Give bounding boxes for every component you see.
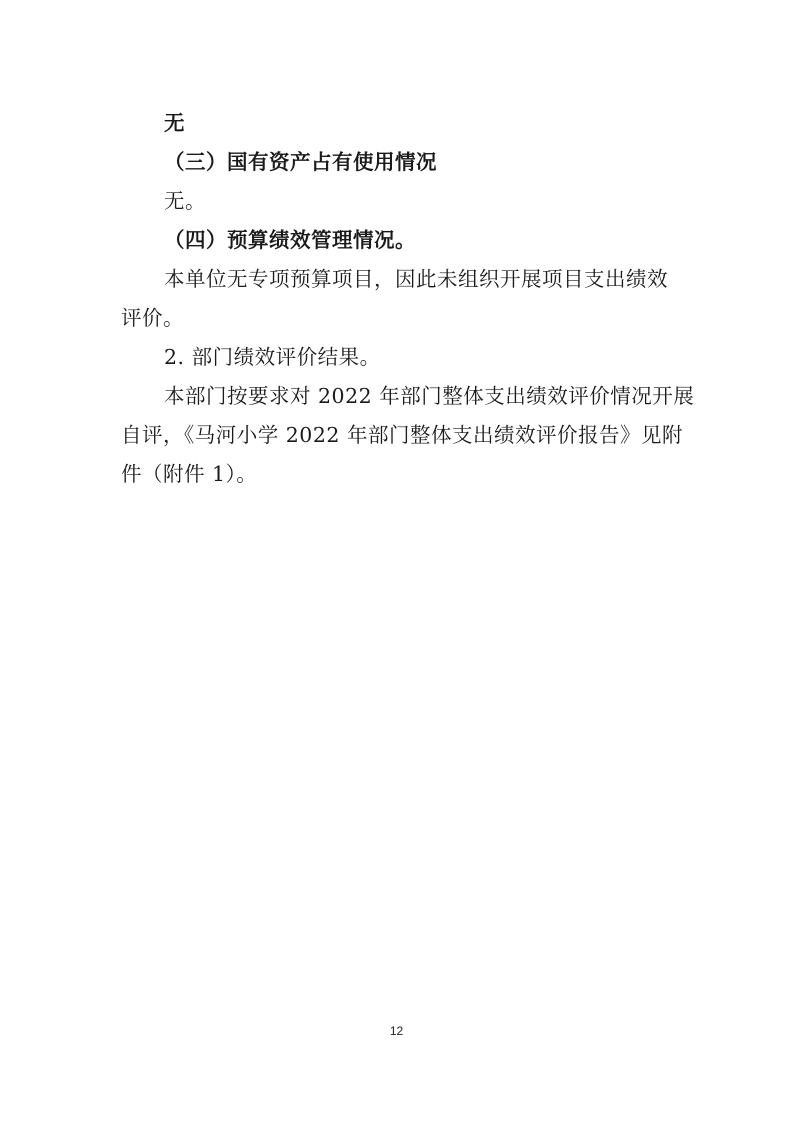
subheading-evaluation-results: 2. 部门绩效评价结果。 [121, 338, 693, 377]
paragraph-none-heading: 无 [121, 104, 693, 143]
paragraph-performance-line-2: 评价。 [121, 299, 693, 338]
paragraph-evaluation-line-1: 本部门按要求对 2022 年部门整体支出绩效评价情况开展 [121, 377, 693, 416]
paragraph-evaluation-line-2: 自评，《马河小学 2022 年部门整体支出绩效评价报告》见附 [121, 416, 693, 455]
section-heading-state-assets: （三）国有资产占有使用情况 [121, 143, 693, 182]
paragraph-evaluation-line-3: 件（附件 1）。 [121, 455, 693, 494]
document-body: 无 （三）国有资产占有使用情况 无。 （四）预算绩效管理情况。 本单位无专项预算… [121, 104, 693, 494]
section-heading-performance-management: （四）预算绩效管理情况。 [121, 221, 693, 260]
paragraph-performance-line-1: 本单位无专项预算项目，因此未组织开展项目支出绩效 [121, 260, 693, 299]
paragraph-state-assets: 无。 [121, 182, 693, 221]
page-number: 12 [0, 1024, 793, 1038]
